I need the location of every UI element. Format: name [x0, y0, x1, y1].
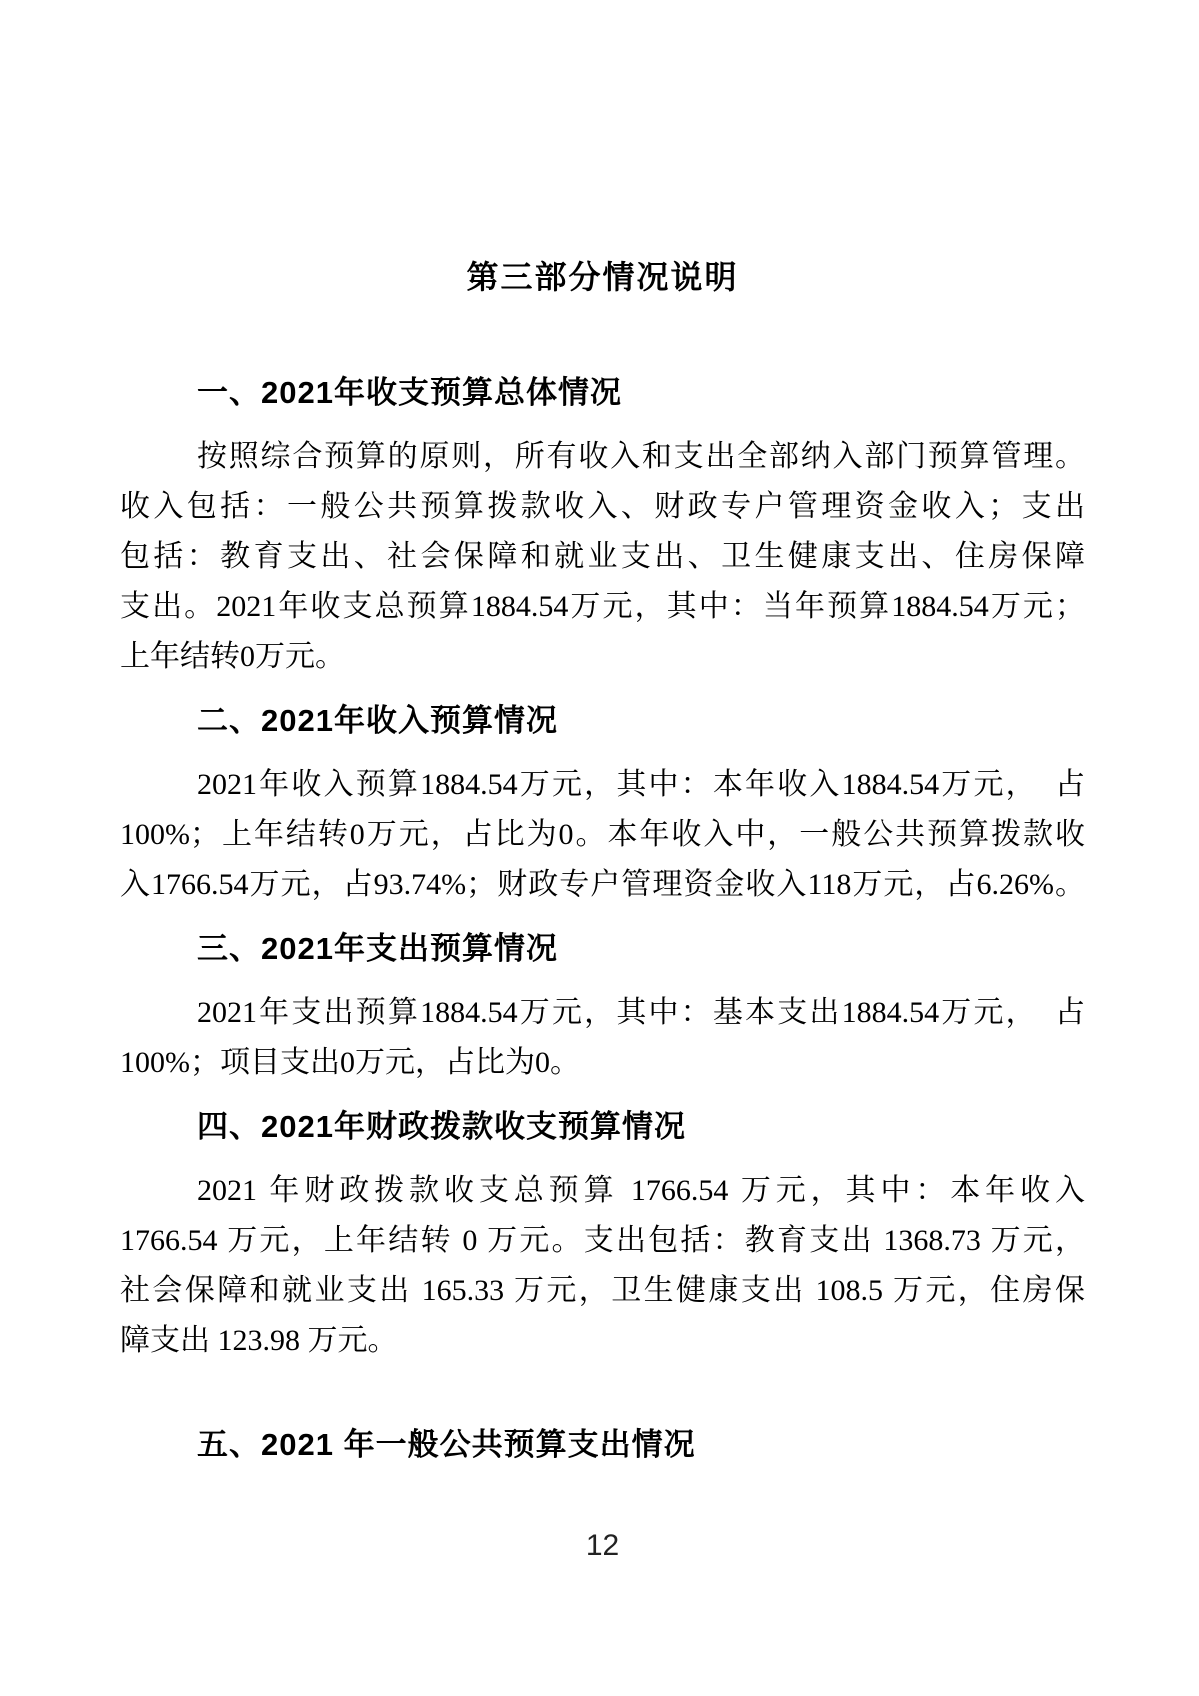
section-income-budget-heading: 二、2021年收入预算情况 [120, 696, 1085, 746]
section-budget-overview-heading: 一、2021年收支预算总体情况 [120, 368, 1085, 418]
paragraph-line: 2021 年财政拨款收支总预算 1766.54 万元，其中：本年收入 [120, 1166, 1085, 1216]
section-expenditure-budget-heading: 三、2021年支出预算情况 [120, 924, 1085, 974]
section-general-public-budget-heading: 五、2021 年一般公共预算支出情况 [120, 1420, 1085, 1470]
paragraph-line: 2021年支出预算1884.54万元，其中：基本支出1884.54万元， 占 [120, 988, 1085, 1038]
paragraph-line: 收入包括：一般公共预算拨款收入、财政专户管理资金收入；支出 [120, 482, 1085, 532]
page-number: 12 [120, 1521, 1085, 1571]
section-fiscal-appropriation: 四、2021年财政拨款收支预算情况 2021 年财政拨款收支总预算 1766.5… [120, 1102, 1085, 1366]
section-budget-overview: 一、2021年收支预算总体情况 按照综合预算的原则，所有收入和支出全部纳入部门预… [120, 368, 1085, 682]
paragraph-line: 1766.54 万元，上年结转 0 万元。支出包括：教育支出 1368.73 万… [120, 1216, 1085, 1266]
section-income-budget: 二、2021年收入预算情况 2021年收入预算1884.54万元，其中：本年收入… [120, 696, 1085, 910]
paragraph-line: 入1766.54万元，占93.74%；财政专户管理资金收入118万元，占6.26… [120, 860, 1085, 910]
paragraph-line: 上年结转0万元。 [120, 632, 1085, 682]
paragraph-line: 社会保障和就业支出 165.33 万元，卫生健康支出 108.5 万元，住房保 [120, 1266, 1085, 1316]
paragraph-line: 按照综合预算的原则，所有收入和支出全部纳入部门预算管理。 [120, 432, 1085, 482]
section-fiscal-appropriation-heading: 四、2021年财政拨款收支预算情况 [120, 1102, 1085, 1152]
section-general-public-budget: 五、2021 年一般公共预算支出情况 [120, 1420, 1085, 1470]
paragraph-line: 包括：教育支出、社会保障和就业支出、卫生健康支出、住房保障 [120, 532, 1085, 582]
document-page: 第三部分情况说明 一、2021年收支预算总体情况 按照综合预算的原则，所有收入和… [0, 0, 1199, 1696]
document-title: 第三部分情况说明 [120, 252, 1085, 302]
paragraph-line: 障支出 123.98 万元。 [120, 1316, 1085, 1366]
paragraph-line: 100%；项目支出0万元，占比为0。 [120, 1038, 1085, 1088]
paragraph-line: 支出。2021年收支总预算1884.54万元，其中：当年预算1884.54万元； [120, 582, 1085, 632]
paragraph-line: 100%；上年结转0万元，占比为0。本年收入中，一般公共预算拨款收 [120, 810, 1085, 860]
paragraph-line: 2021年收入预算1884.54万元，其中：本年收入1884.54万元， 占 [120, 760, 1085, 810]
section-expenditure-budget: 三、2021年支出预算情况 2021年支出预算1884.54万元，其中：基本支出… [120, 924, 1085, 1088]
